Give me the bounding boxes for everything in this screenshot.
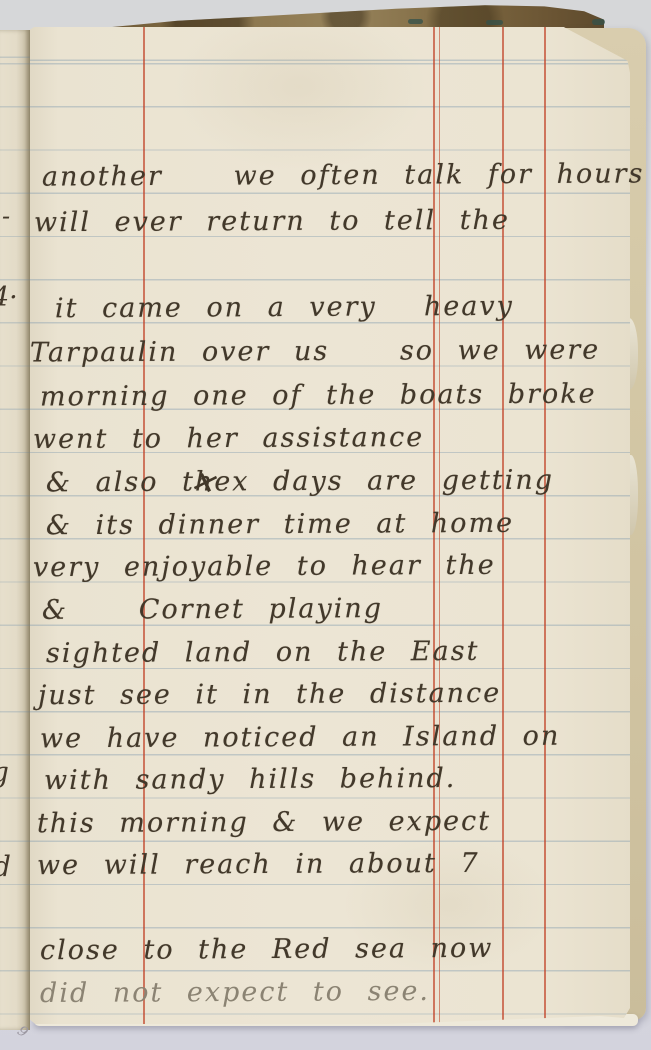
cover-wear-spot: [408, 19, 423, 24]
manuscript-line: Tarpaulin over us so we were: [30, 335, 600, 370]
manuscript-line: we will reach in about 7: [37, 848, 480, 883]
manuscript-line: morning one of the boats broke: [40, 379, 597, 414]
manuscript-line: & its dinner time at home: [46, 508, 514, 543]
margin-fragment: d: [0, 850, 11, 883]
manuscript-line-faded: did not expect to see.: [40, 976, 430, 1010]
margin-fragment: -: [2, 202, 10, 230]
cover-wear-spot: [592, 19, 605, 25]
cover-wear-spot: [486, 20, 503, 25]
manuscript-line: will ever return to tell the: [34, 205, 510, 240]
manuscript-line: & also thex days are getting: [46, 465, 554, 500]
manuscript-line: another we often talk for hours: [42, 158, 645, 194]
manuscript-line: we have noticed an Island on: [40, 721, 560, 756]
manuscript-line: it came on a very heavy: [55, 291, 514, 326]
manuscript-line: this morning & we expect: [37, 806, 491, 841]
manuscript-line: with sandy hills behind.: [44, 763, 456, 798]
manuscript-line: just see it in the distance: [38, 678, 501, 713]
manuscript-line: sighted land on the East: [46, 636, 480, 671]
manuscript-line: went to her assistance: [33, 422, 424, 456]
manuscript-line: very enjoyable to hear the: [33, 550, 496, 585]
margin-fragment: g: [0, 756, 9, 789]
manuscript-line: close to the Red sea now: [40, 933, 494, 968]
notebook-photo: - 4· g d another we often talk for hours…: [0, 0, 651, 1050]
page-gutter: - 4· g d: [0, 30, 30, 1030]
margin-fragment: 4·: [0, 282, 18, 313]
manuscript-line: & Cornet playing: [42, 593, 383, 627]
